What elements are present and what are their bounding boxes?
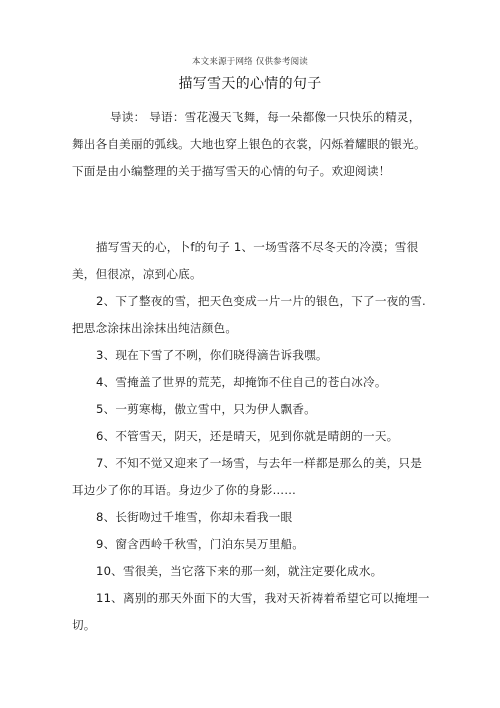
item-line: 4、雪掩盖了世界的荒芜，却掩饰不住自己的苍白冰冷。	[72, 369, 412, 396]
item-line: 美，但很凉，凉到心底。	[72, 261, 412, 288]
list-item-6: 6、不管雪天，阴天，还是晴天，见到你就是晴朗的一天。	[72, 423, 412, 450]
item-line: 描写雪天的心，卜f的句子 1、一场雪落不尽冬天的冷漠；雪很	[72, 234, 412, 261]
list-item-9: 9、窗含西岭千秋雪，门泊东吴万里船。	[72, 531, 412, 558]
list-item-2: 2、下了整夜的雪，把天色变成一片一片的银色，下了一夜的雪. 把思念涂抹出涂抹出纯…	[72, 288, 412, 342]
list-item-10: 10、雪很美，当它落下来的那一刻，就注定要化成水。	[72, 558, 412, 585]
list-item-5: 5、一剪寒梅，傲立雪中，只为伊人飘香。	[72, 396, 412, 423]
list-item-11: 11、离别的那天外面下的大雪，我对天祈祷着希望它可以掩埋一 切。	[72, 585, 412, 639]
item-line: 11、离别的那天外面下的大雪，我对天祈祷着希望它可以掩埋一	[72, 585, 412, 612]
item-line: 7、不知不觉又迎来了一场雪，与去年一样都是那么的美，只是	[72, 450, 412, 477]
item-line: 5、一剪寒梅，傲立雪中，只为伊人飘香。	[72, 396, 412, 423]
document-page: 本文来源于网络 仅供参考阅读 描写雪天的心情的句子 导读： 导语：雪花漫天飞舞，…	[0, 0, 500, 708]
page-title: 描写雪天的心情的句子	[0, 73, 500, 93]
item-line: 10、雪很美，当它落下来的那一刻，就注定要化成水。	[72, 558, 412, 585]
item-line: 6、不管雪天，阴天，还是晴天，见到你就是晴朗的一天。	[72, 423, 412, 450]
item-line: 2、下了整夜的雪，把天色变成一片一片的银色，下了一夜的雪.	[72, 288, 412, 315]
list-item-7: 7、不知不觉又迎来了一场雪，与去年一样都是那么的美，只是 耳边少了你的耳语。身边…	[72, 450, 412, 504]
intro-line: 下面是由小编整理的关于描写雪天的心情的句子。欢迎阅读！	[72, 158, 412, 185]
item-line: 切。	[72, 612, 412, 639]
source-note: 本文来源于网络 仅供参考阅读	[0, 55, 500, 67]
item-line: 把思念涂抹出涂抹出纯洁颜色。	[72, 315, 412, 342]
list-item-3: 3、现在下雪了不咧，你们晓得滴告诉我嘿。	[72, 342, 412, 369]
intro-line: 舞出各自美丽的弧线。大地也穿上银色的衣裳，闪烁着耀眼的银光。	[72, 131, 412, 158]
list-item-8: 8、长街吻过千堆雪，你却未看我一眼	[72, 504, 412, 531]
item-line: 9、窗含西岭千秋雪，门泊东吴万里船。	[72, 531, 412, 558]
intro-line: 导读： 导语：雪花漫天飞舞，每一朵都像一只快乐的精灵，	[72, 104, 412, 131]
item-line: 3、现在下雪了不咧，你们晓得滴告诉我嘿。	[72, 342, 412, 369]
intro-paragraph: 导读： 导语：雪花漫天飞舞，每一朵都像一只快乐的精灵， 舞出各自美丽的弧线。大地…	[72, 104, 412, 185]
item-line: 耳边少了你的耳语。身边少了你的身影……	[72, 477, 412, 504]
list-item-1: 描写雪天的心，卜f的句子 1、一场雪落不尽冬天的冷漠；雪很 美，但很凉，凉到心底…	[72, 234, 412, 288]
item-line: 8、长街吻过千堆雪，你却未看我一眼	[72, 504, 412, 531]
list-item-4: 4、雪掩盖了世界的荒芜，却掩饰不住自己的苍白冰冷。	[72, 369, 412, 396]
